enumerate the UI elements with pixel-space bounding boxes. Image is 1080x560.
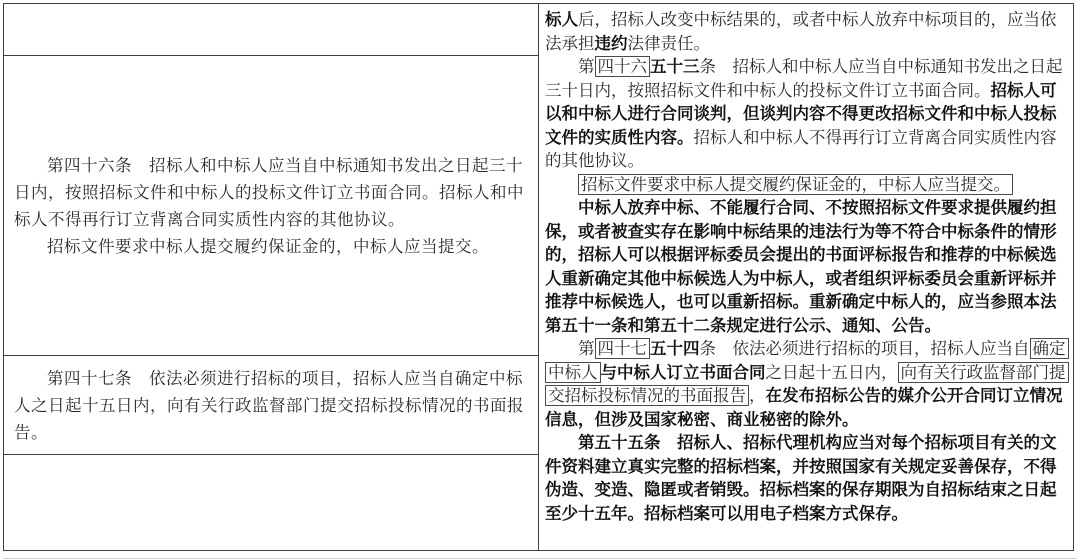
text-segment-normal: 第 (578, 339, 595, 358)
text-segment-normal: 之日起十五日内， (766, 363, 898, 382)
old-law-cell-empty-top (4, 4, 538, 56)
text-segment-boxed: 四十七 (595, 338, 651, 359)
law-comparison-table: 第四十六条 招标人和中标人应当自中标通知书发出之日起三十日内，按照招标文件和中标… (3, 3, 1074, 551)
text-segment-bold: 五十三 (650, 57, 700, 76)
text-segment-bold: 中标人放弃中标、不能履行合同、不按照招标文件要求提供履约担保，或者被查实存在影响… (545, 198, 1057, 335)
page: 第四十六条 招标人和中标人应当自中标通知书发出之日起三十日内，按照招标文件和中标… (0, 0, 1080, 560)
text-segment-boxed: 四十六 (595, 56, 651, 77)
law-paragraph: 第五十五条 招标人、招标代理机构应当对每个招标项目有关的文件资料建立真实完整的招… (545, 431, 1066, 525)
law-paragraph: 第四十六五十三条 招标人和中标人应当自中标通知书发出之日起三十日内，按照招标文件… (545, 55, 1066, 173)
law-paragraph: 第四十六条 招标人和中标人应当自中标通知书发出之日起三十日内，按照招标文件和中标… (14, 152, 528, 233)
text-segment-bold: 违约 (595, 34, 628, 53)
text-segment-bold: 标人 (545, 10, 578, 29)
law-paragraph: 第四十七五十四条 依法必须进行招标的项目，招标人应当自确定中标人与中标人订立书面… (545, 337, 1066, 431)
law-paragraph: 招标文件要求中标人提交履约保证金的，中标人应当提交。 (545, 173, 1066, 197)
text-segment-bold: 与中标人订立书面合同 (601, 363, 766, 382)
law-paragraph: 标人后，招标人改变中标结果的，或者中标人放弃中标项目的，应当依法承担违约法律责任… (545, 8, 1066, 55)
law-paragraph: 中标人放弃中标、不能履行合同、不按照招标文件要求提供履约担保，或者被查实存在影响… (545, 196, 1066, 337)
cell-content: 第四十六条 招标人和中标人应当自中标通知书发出之日起三十日内，按照招标文件和中标… (14, 152, 528, 260)
text-segment-bold: 五十四 (650, 339, 700, 358)
old-law-column: 第四十六条 招标人和中标人应当自中标通知书发出之日起三十日内，按照招标文件和中标… (4, 4, 539, 550)
old-law-cell-article-46: 第四十六条 招标人和中标人应当自中标通知书发出之日起三十日内，按照招标文件和中标… (4, 56, 538, 356)
text-segment-normal: 第 (578, 57, 595, 76)
new-law-column: 标人后，招标人改变中标结果的，或者中标人放弃中标项目的，应当依法承担违约法律责任… (539, 4, 1073, 550)
old-law-cell-article-47: 第四十七条 依法必须进行招标的项目，招标人应当自确定中标人之日起十五日内，向有关… (4, 356, 538, 455)
bottom-divider-line (3, 558, 1077, 559)
text-segment-bold: 第五十五条 招标人、招标代理机构应当对每个招标项目有关的文件资料建立真实完整的招… (545, 433, 1057, 523)
text-segment-normal: 条 依法必须进行招标的项目，招标人应当自 (700, 339, 1030, 358)
cell-content: 第四十七条 依法必须进行招标的项目，招标人应当自确定中标人之日起十五日内，向有关… (14, 365, 528, 446)
text-segment-boxed: 招标文件要求中标人提交履约保证金的，中标人应当提交。 (578, 174, 1013, 195)
law-paragraph: 第四十七条 依法必须进行招标的项目，招标人应当自确定中标人之日起十五日内，向有关… (14, 365, 528, 446)
law-paragraph: 招标文件要求中标人提交履约保证金的，中标人应当提交。 (14, 233, 528, 260)
text-segment-normal: ， (749, 386, 766, 405)
text-segment-normal: 法律责任。 (628, 34, 711, 53)
old-law-cell-empty-bottom (4, 455, 538, 550)
